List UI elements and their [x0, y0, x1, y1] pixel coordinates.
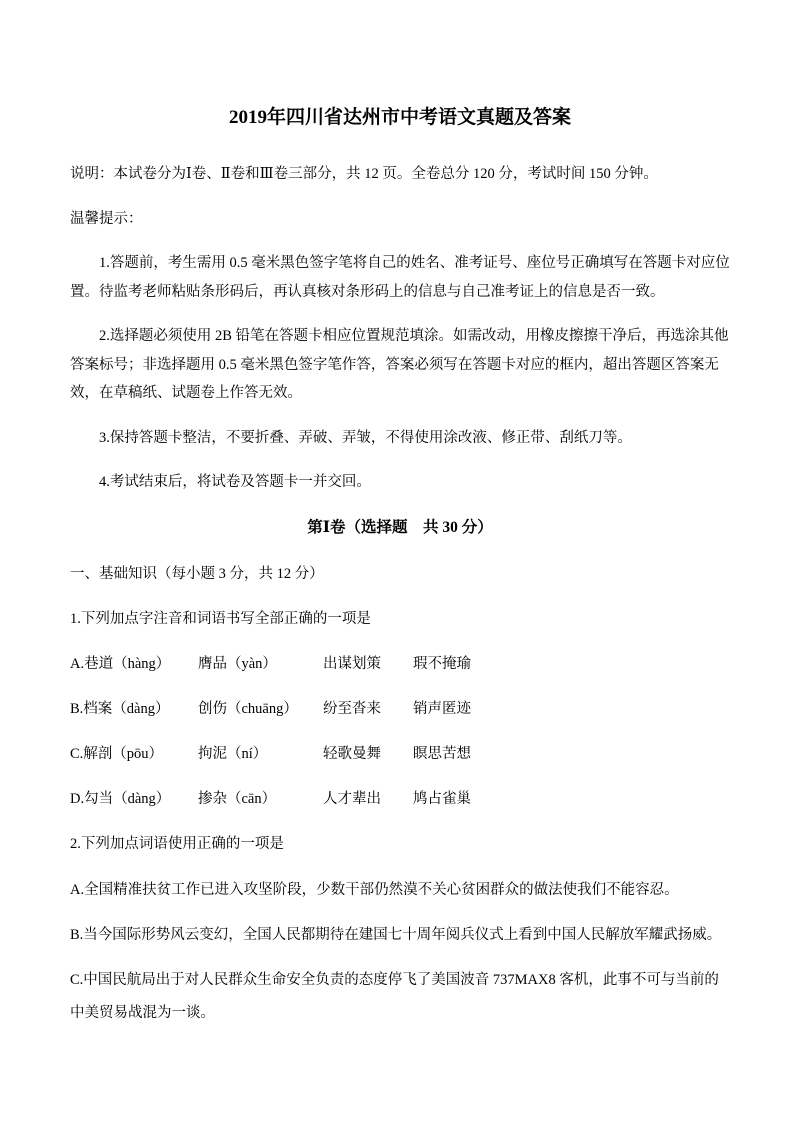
- option-cell: B.档案（dàng）: [70, 694, 198, 724]
- option-cell: 轻歌曼舞: [323, 739, 413, 769]
- exam-intro: 说明：本试卷分为Ⅰ卷、Ⅱ卷和Ⅲ卷三部分，共 12 页。全卷总分 120 分，考试…: [70, 160, 730, 189]
- exam-document-page: 2019年四川省达州市中考语文真题及答案 说明：本试卷分为Ⅰ卷、Ⅱ卷和Ⅲ卷三部分…: [0, 0, 794, 1123]
- question1-option-c: C.解剖（pōu） 拘泥（ní） 轻歌曼舞 瞑思苦想: [70, 739, 730, 769]
- section1-heading: 第Ⅰ卷（选择题 共 30 分）: [70, 513, 730, 543]
- question2-option-c: C.中国民航局出于对人民群众生命安全负责的态度停飞了美国波音 737MAX8 客…: [70, 964, 730, 1030]
- option-cell: 膺品（yàn）: [198, 649, 323, 679]
- notice-item-3: 3.保持答题卡整洁，不要折叠、弄破、弄皱，不得使用涂改液、修正带、刮纸刀等。: [70, 424, 730, 453]
- option-cell: 瞑思苦想: [413, 739, 730, 769]
- option-cell: 拘泥（ní）: [198, 739, 323, 769]
- question2-option-a: A.全国精准扶贫工作已进入攻坚阶段，少数干部仍然漠不关心贫困群众的做法使我们不能…: [70, 874, 730, 907]
- question1-option-d: D.勾当（dàng） 掺杂（cān） 人才辈出 鸠占雀巢: [70, 784, 730, 814]
- option-cell: 纷至沓来: [323, 694, 413, 724]
- notice-item-2: 2.选择题必须使用 2B 铅笔在答题卡相应位置规范填涂。如需改动，用橡皮擦擦干净…: [70, 322, 730, 408]
- option-cell: 瑕不掩瑜: [413, 649, 730, 679]
- option-cell: 人才辈出: [323, 784, 413, 814]
- notice-item-1: 1.答题前，考生需用 0.5 毫米黑色签字笔将自己的姓名、准考证号、座位号正确填…: [70, 249, 730, 306]
- question1-stem: 1.下列加点字注音和词语书写全部正确的一项是: [70, 604, 730, 634]
- question2-stem: 2.下列加点词语使用正确的一项是: [70, 829, 730, 859]
- option-cell: A.巷道（hàng）: [70, 649, 198, 679]
- option-cell: 掺杂（cān）: [198, 784, 323, 814]
- option-cell: 销声匿迹: [413, 694, 730, 724]
- question1-option-b: B.档案（dàng） 创伤（chuāng） 纷至沓来 销声匿迹: [70, 694, 730, 724]
- option-cell: 鸠占雀巢: [413, 784, 730, 814]
- exam-title: 2019年四川省达州市中考语文真题及答案: [70, 104, 730, 132]
- question2-option-b: B.当今国际形势风云变幻，全国人民都期待在建国七十周年阅兵仪式上看到中国人民解放…: [70, 919, 730, 952]
- part1-heading: 一、基础知识（每小题 3 分，共 12 分）: [70, 559, 730, 589]
- notice-heading: 温馨提示：: [70, 205, 730, 234]
- option-cell: C.解剖（pōu）: [70, 739, 198, 769]
- option-cell: 创伤（chuāng）: [198, 694, 323, 724]
- question1-option-a: A.巷道（hàng） 膺品（yàn） 出谋划策 瑕不掩瑜: [70, 649, 730, 679]
- notice-item-4: 4.考试结束后，将试卷及答题卡一并交回。: [70, 468, 730, 497]
- option-cell: 出谋划策: [323, 649, 413, 679]
- option-cell: D.勾当（dàng）: [70, 784, 198, 814]
